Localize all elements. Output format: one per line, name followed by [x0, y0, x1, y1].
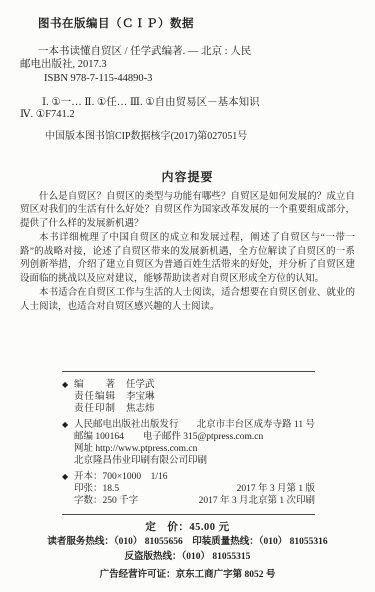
cip-record-number: 中国版本图书馆CIP数据核字(2017)第027051号	[45, 131, 355, 143]
abstract-paragraph-3: 本书适合在自贸区工作与生活的人士阅读，适合想要在自贸区创业、就业的人士阅读，也适…	[20, 287, 355, 315]
cip-classification-line-2: Ⅳ. ①F741.2	[20, 109, 355, 122]
diamond-bullet-icon: ◆	[62, 471, 74, 483]
publisher-address: 北京市丰台区成寿寺路 11 号	[197, 419, 315, 431]
credit-row-print-supervisor: 责任印制 焦志炜	[62, 403, 315, 415]
printed-sheets: 印张：18.5	[74, 483, 119, 495]
cip-entry-line-2: 邮电出版社, 2017.3	[20, 59, 355, 72]
printer-row: 北京隆昌伟业印刷有限公司印刷	[62, 455, 315, 467]
reader-service-hotline: 读者服务热线：（010） 81055656 印装质量热线：（010） 81055…	[20, 536, 355, 549]
website-url: 网址 http://www.ptpress.com.cn	[74, 443, 197, 455]
credit-value: 焦志炜	[126, 403, 155, 415]
anti-piracy-hotline: 反盗版热线：（010） 81055315	[20, 551, 355, 564]
printer-name: 北京隆昌伟业印刷有限公司印刷	[74, 455, 207, 467]
isbn-number: ISBN 978-7-115-44890-3	[44, 73, 355, 86]
diamond-bullet-icon: ◆	[62, 379, 74, 391]
credit-label: 责任印制	[74, 403, 116, 415]
word-count-row: 字数：250 千字 2017 年 3 月北京第 1 次印刷	[62, 495, 315, 507]
word-count: 字数：250 千字	[74, 495, 138, 507]
abstract-heading: 内容提要	[20, 170, 355, 184]
cip-heading: 图书在版编目（ＣＩＰ）数据	[38, 17, 355, 31]
abstract-body: 什么是自贸区？自贸区的类型与功能有哪些？自贸区是如何发展的？成立自贸区对我们的生…	[20, 191, 355, 315]
printing-info: 2017 年 3 月北京第 1 次印刷	[199, 495, 315, 507]
cip-classification-line-1: Ⅰ. ①一… Ⅱ. ①任… Ⅲ. ①自由贸易区－基本知识	[42, 97, 355, 110]
book-format: 开本：700×1000 1/16	[74, 471, 168, 483]
credit-row-editor: 责任编辑 李宝琳	[62, 391, 315, 403]
credit-value: 李宝琳	[126, 391, 155, 403]
abstract-paragraph-2: 本书详细梳理了中国自贸区的成立和发展过程，阐述了自贸区与“一带一路”的战略对接，…	[20, 232, 355, 287]
price-line: 定 价：45.00 元	[20, 521, 355, 534]
abstract-paragraph-1: 什么是自贸区？自贸区的类型与功能有哪些？自贸区是如何发展的？成立自贸区对我们的生…	[20, 191, 355, 232]
sheets-row: 印张：18.5 2017 年 3 月第 1 版	[62, 483, 315, 495]
credit-row-author: ◆ 编 著 任学武	[62, 379, 315, 391]
cip-section: 图书在版编目（ＣＩＰ）数据 一本书读懂自贸区 / 任学武编著. — 北京 : 人…	[20, 17, 355, 143]
publisher-name: 人民邮电出版社出版发行	[74, 419, 179, 431]
diamond-bullet-icon: ◆	[62, 419, 74, 431]
footer-section: 定 价：45.00 元 读者服务热线：（010） 81055656 印装质量热线…	[20, 521, 355, 582]
postcode-email-row: 邮编 100164 电子邮件 315@ptpress.com.cn	[62, 431, 315, 443]
cip-entry-line-1: 一本书读懂自贸区 / 任学武编著. — 北京 : 人民	[38, 46, 355, 59]
postcode-email: 邮编 100164 电子邮件 315@ptpress.com.cn	[74, 431, 263, 443]
format-row: ◆ 开本：700×1000 1/16	[62, 471, 315, 483]
advertising-license: 广告经营许可证：京东工商广字第 8052 号	[20, 569, 355, 582]
credit-value: 任学武	[126, 379, 155, 391]
website-row: 网址 http://www.ptpress.com.cn	[62, 443, 315, 455]
credit-label: 责任编辑	[74, 391, 116, 403]
edition-info: 2017 年 3 月第 1 版	[237, 483, 315, 495]
publisher-row: ◆ 人民邮电出版社出版发行 北京市丰台区成寿寺路 11 号	[62, 419, 315, 431]
credit-label: 编 著	[74, 379, 116, 391]
abstract-section: 内容提要 什么是自贸区？自贸区的类型与功能有哪些？自贸区是如何发展的？成立自贸区…	[20, 170, 355, 315]
book-copyright-page: 图书在版编目（ＣＩＰ）数据 一本书读懂自贸区 / 任学武编著. — 北京 : 人…	[0, 0, 375, 592]
colophon-section: ◆ 编 著 任学武 责任编辑 李宝琳 责任印制 焦志炜 ◆ 人民邮电出版社出版发…	[62, 371, 315, 515]
